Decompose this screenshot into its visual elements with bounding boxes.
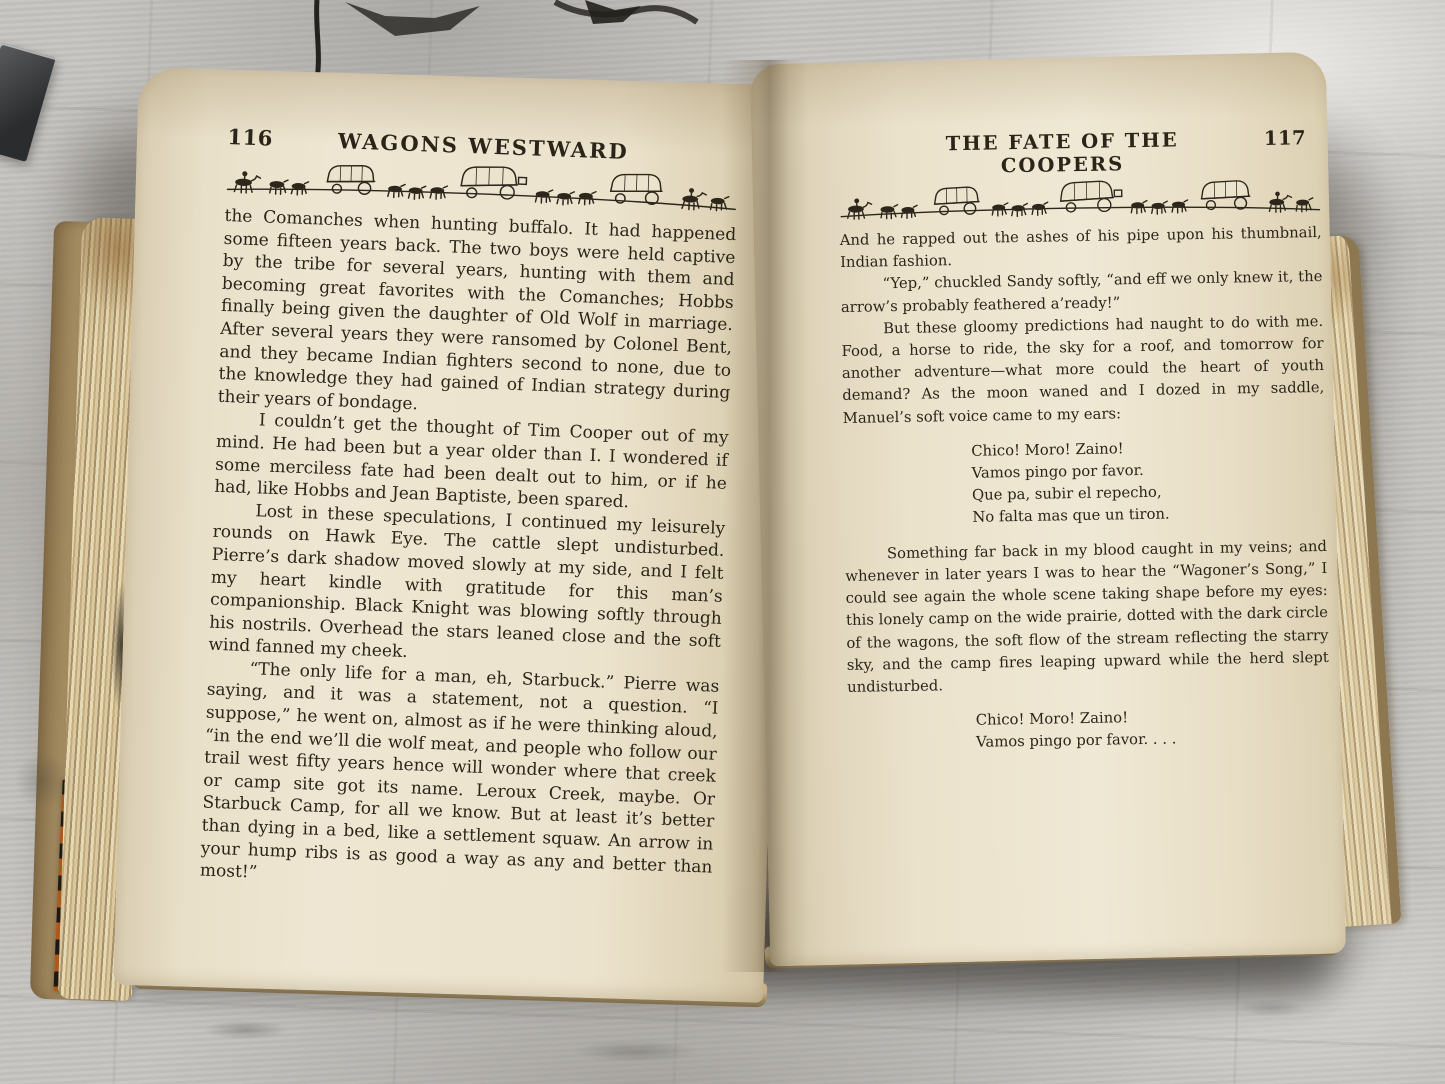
right-running-title: THE FATE OF THE COOPERS	[908, 128, 1217, 179]
body-paragraph: “The only life for a man, eh, Starbuck.”…	[200, 656, 720, 901]
right-page-content: THE FATE OF THE COOPERS 117 And he rappe…	[838, 126, 1330, 769]
right-page-header: THE FATE OF THE COOPERS 117	[838, 126, 1321, 180]
song-verse-reprise: Chico! Moro! Zaino! Vamos pingo por favo…	[976, 704, 1331, 754]
body-paragraph: And he rapped out the ashes of his pipe …	[840, 222, 1323, 274]
verse-line: Vamos pingo por favor. . . .	[976, 726, 1330, 754]
body-paragraph: Something far back in my blood caught in…	[845, 536, 1330, 699]
body-paragraph: Lost in these speculations, I continued …	[208, 498, 726, 675]
body-paragraph: But these gloomy predictions had naught …	[841, 311, 1325, 430]
photo-of-open-book: 116 WAGONS WESTWARD the Comanches when h…	[0, 0, 1445, 1084]
wagon-train-illustration	[839, 174, 1322, 224]
body-paragraph: the Comanches when hunting buffalo. It h…	[217, 205, 736, 427]
left-page-content: 116 WAGONS WESTWARD the Comanches when h…	[200, 124, 740, 901]
body-paragraph: “Yep,” chuckled Sandy softly, “and eff w…	[840, 266, 1323, 318]
verse-line: No falta mas que un tiron.	[972, 501, 1326, 529]
header-spacer	[669, 161, 739, 164]
background-object	[0, 42, 56, 162]
left-page-number: 116	[227, 124, 298, 152]
header-spacer	[838, 151, 908, 152]
right-page-number: 117	[1216, 126, 1320, 151]
song-verse: Chico! Moro! Zaino! Vamos pingo por favo…	[971, 435, 1326, 529]
